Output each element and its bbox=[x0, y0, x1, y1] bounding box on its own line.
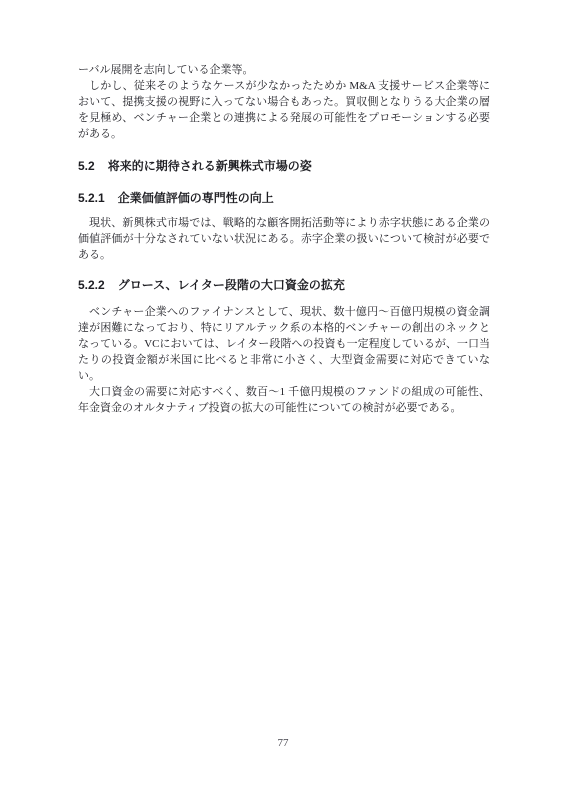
section-heading-5-2-2: 5.2.2グロース、レイター段階の大口資金の拡充 bbox=[78, 277, 490, 294]
section-title: グロース、レイター段階の大口資金の拡充 bbox=[118, 278, 345, 292]
text-column: ーバル展開を志向している企業等。 しかし、従来そのようなケースが少なかったためか… bbox=[78, 62, 490, 416]
intro-paragraph: しかし、従来そのようなケースが少なかったためか M&A 支援サービス企業等におい… bbox=[78, 78, 490, 142]
intro-continuation-line: ーバル展開を志向している企業等。 bbox=[78, 62, 490, 78]
section-title: 将来的に期待される新興株式市場の姿 bbox=[108, 159, 312, 173]
paragraph-5-2-2-second: 大口資金の需要に対応すべく、数百～1 千億円規模のファンドの組成の可能性、年金資… bbox=[78, 384, 490, 416]
page-number: 77 bbox=[278, 737, 289, 749]
section-heading-5-2-1: 5.2.1企業価値評価の専門性の向上 bbox=[78, 190, 490, 207]
section-number: 5.2.1 bbox=[78, 190, 105, 207]
page-footer: 77 bbox=[0, 736, 566, 750]
section-number: 5.2 bbox=[78, 158, 95, 175]
paragraph-5-2-2-first: ベンチャー企業へのファイナンスとして、現状、数十億円～百億円規模の資金調達が困難… bbox=[78, 304, 490, 384]
section-title: 企業価値評価の専門性の向上 bbox=[118, 191, 274, 205]
document-page: ーバル展開を志向している企業等。 しかし、従来そのようなケースが少なかったためか… bbox=[0, 0, 566, 800]
section-heading-5-2: 5.2将来的に期待される新興株式市場の姿 bbox=[78, 158, 490, 175]
section-number: 5.2.2 bbox=[78, 277, 105, 294]
paragraph-5-2-1: 現状、新興株式市場では、戦略的な顧客開拓活動等により赤字状態にある企業の価値評価… bbox=[78, 215, 490, 263]
